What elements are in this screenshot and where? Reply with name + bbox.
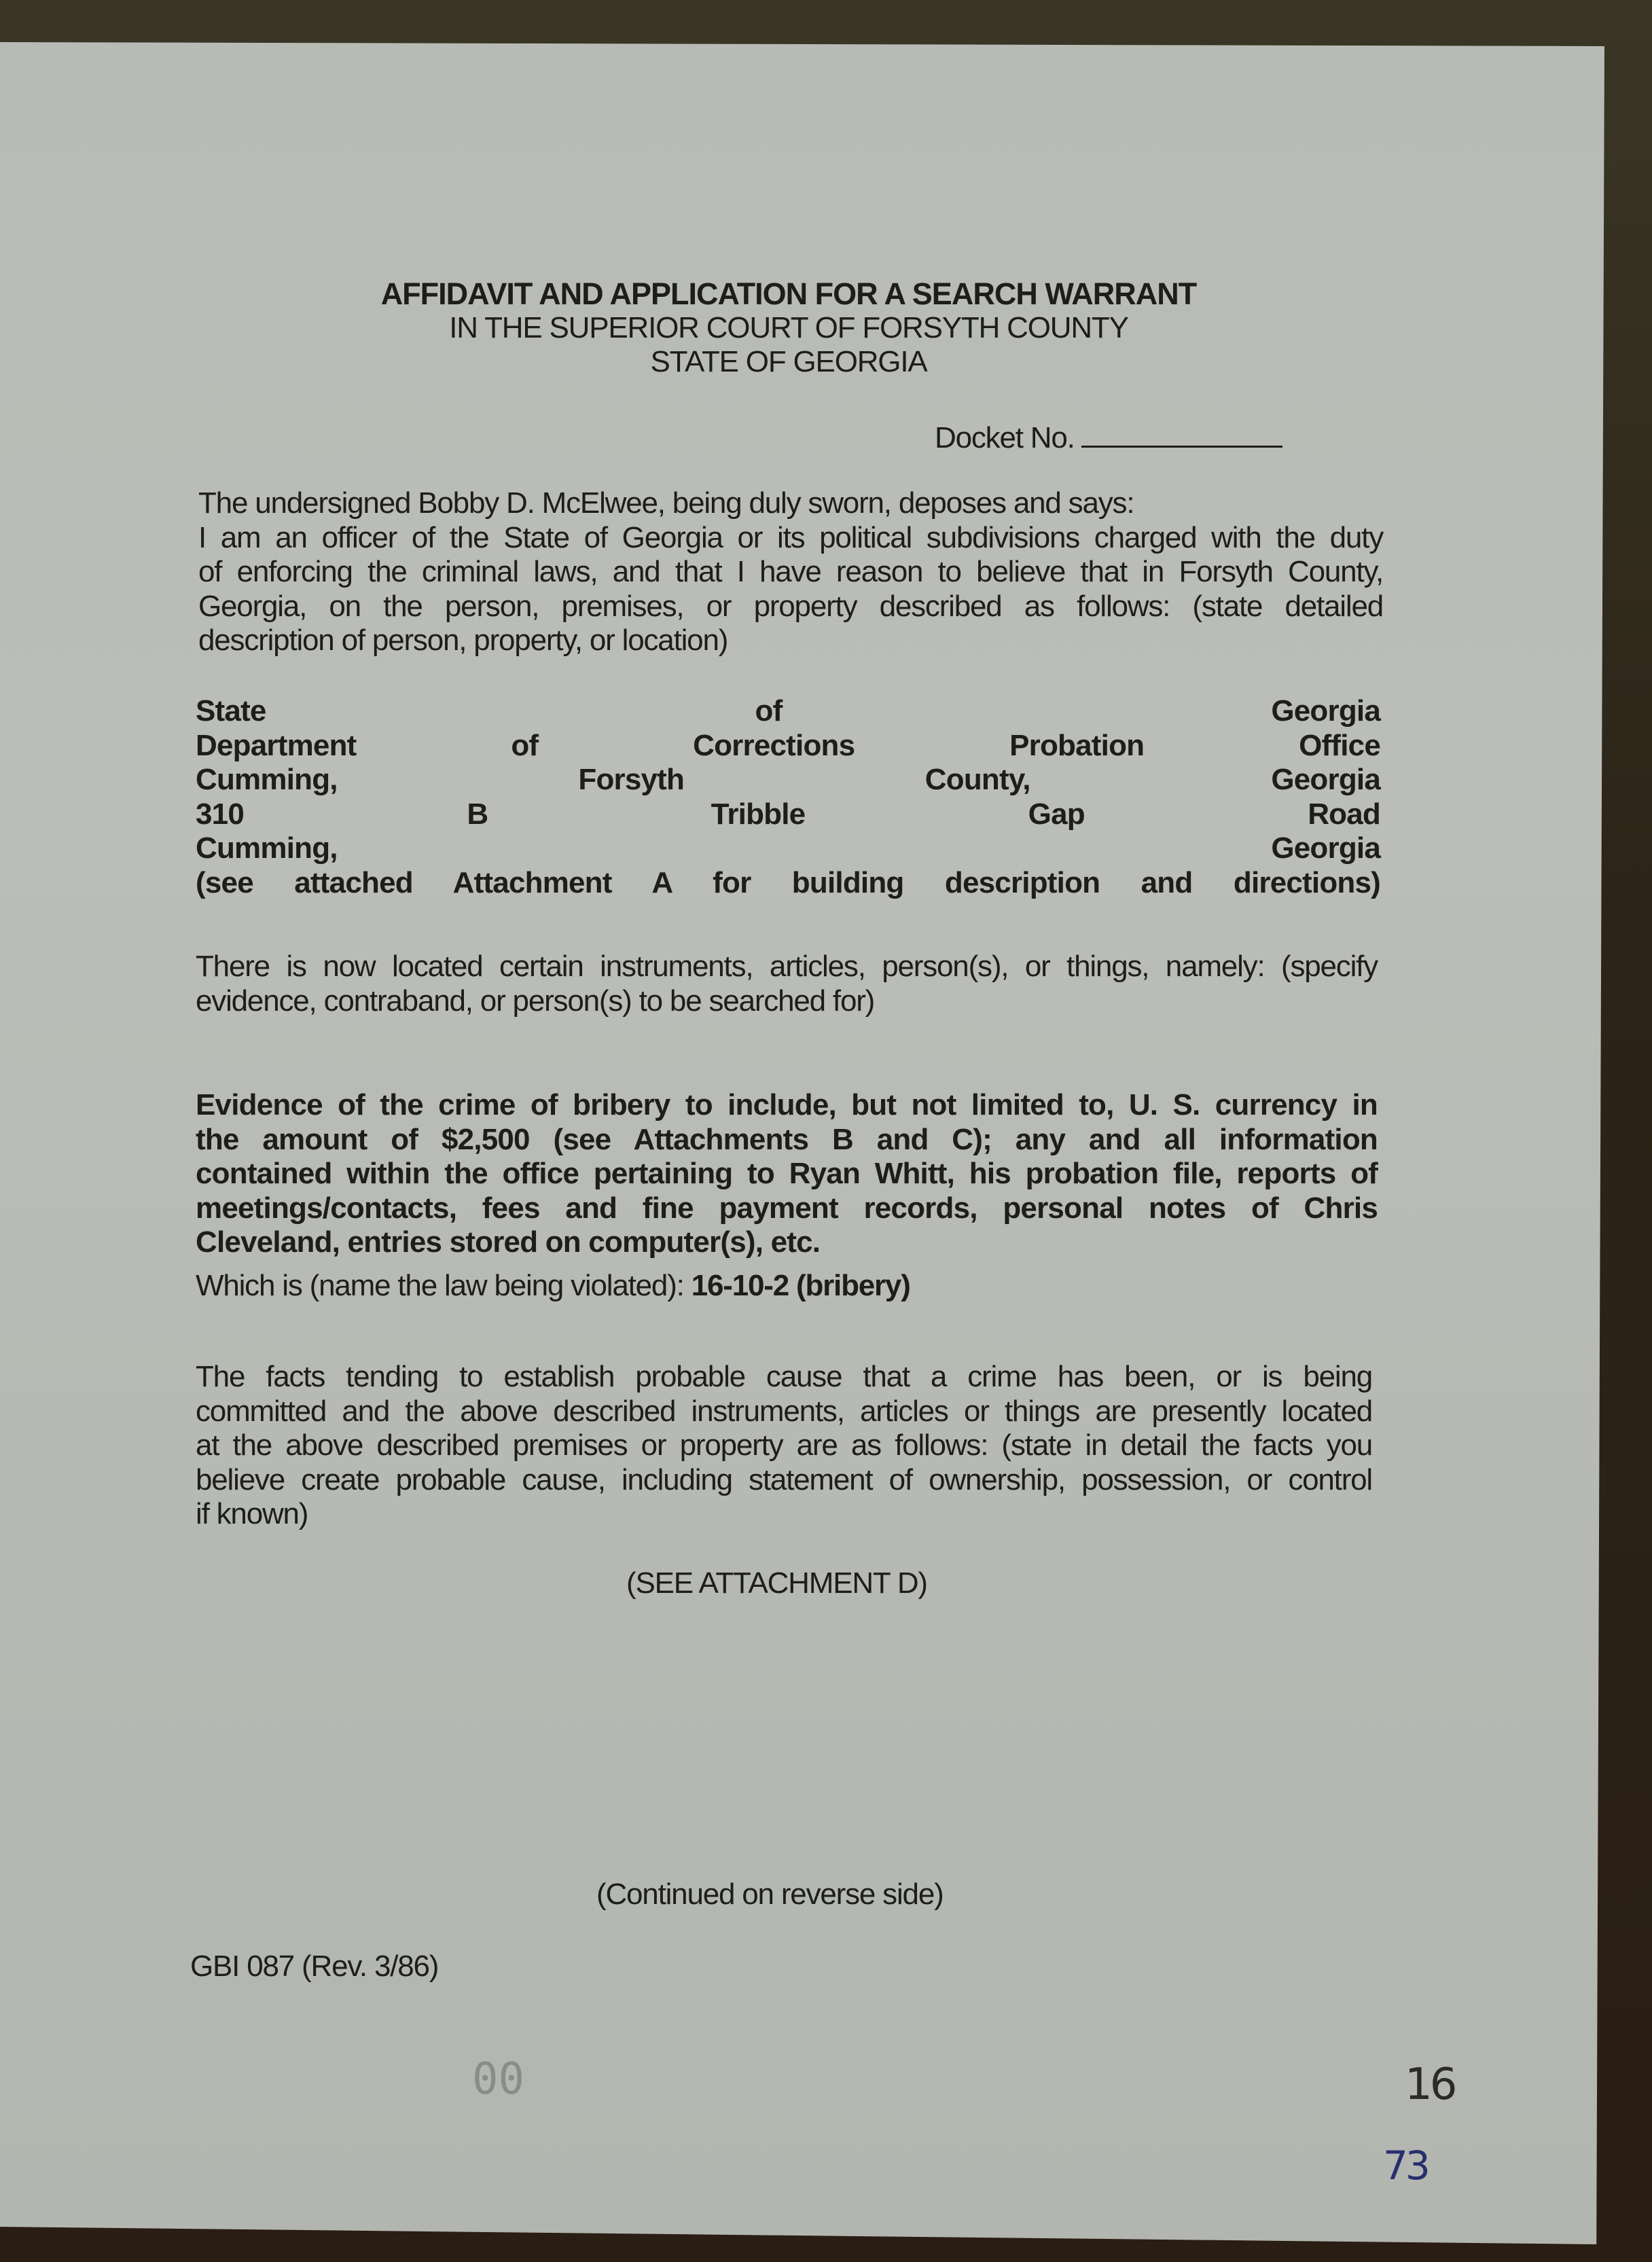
location-line: State of Georgia	[196, 694, 1380, 729]
intro-line: of enforcing the criminal laws, and that…	[198, 555, 1383, 590]
court-name: IN THE SUPERIOR COURT OF FORSYTH COUNTY	[194, 311, 1383, 345]
items-prompt: There is now located certain instruments…	[196, 950, 1378, 1018]
location-description: State of Georgia Department of Correctio…	[196, 694, 1380, 900]
form-number: GBI 087 (Rev. 3/86)	[190, 1950, 438, 1983]
law-value: 16-10-2 (bribery)	[692, 1269, 910, 1302]
docket-field: Docket No.	[935, 420, 1282, 455]
law-label: Which is (name the law being violated):	[196, 1269, 684, 1302]
items-prompt-line: There is now located certain instruments…	[196, 950, 1378, 984]
faint-stamp: 00	[472, 2054, 524, 2104]
see-attachment-note: (SEE ATTACHMENT D)	[626, 1566, 927, 1600]
facts-line: The facts tending to establish probable …	[196, 1360, 1372, 1395]
document-page: AFFIDAVIT AND APPLICATION FOR A SEARCH W…	[0, 42, 1604, 2244]
continued-note: (Continued on reverse side)	[596, 1878, 944, 1911]
handwritten-page-mark: 16	[1405, 2060, 1454, 2110]
items-prompt-line: evidence, contraband, or person(s) to be…	[196, 984, 1378, 1019]
intro-line: I am an officer of the State of Georgia …	[198, 521, 1383, 556]
docket-blank	[1081, 420, 1282, 448]
facts-line: believe create probable cause, including…	[196, 1463, 1372, 1498]
evidence-line: the amount of $2,500 (see Attachments B …	[196, 1123, 1378, 1157]
location-line: (see attached Attachment A for building …	[196, 866, 1380, 901]
law-violated: Which is (name the law being violated): …	[196, 1269, 910, 1303]
evidence-line: Cleveland, entries stored on computer(s)…	[196, 1225, 1378, 1260]
state-name: STATE OF GEORGIA	[194, 345, 1383, 379]
intro-line: description of person, property, or loca…	[198, 624, 1383, 658]
evidence-line: contained within the office pertaining t…	[196, 1157, 1378, 1191]
handwritten-page-number: 73	[1383, 2142, 1428, 2189]
facts-prompt: The facts tending to establish probable …	[196, 1360, 1372, 1532]
facts-line: committed and the above described instru…	[196, 1395, 1372, 1429]
facts-line: at the above described premises or prope…	[196, 1429, 1372, 1463]
location-line: 310 B Tribble Gap Road	[196, 797, 1380, 832]
intro-paragraph: The undersigned Bobby D. McElwee, being …	[198, 486, 1383, 658]
document-title: AFFIDAVIT AND APPLICATION FOR A SEARCH W…	[194, 277, 1383, 311]
evidence-line: Evidence of the crime of bribery to incl…	[196, 1088, 1378, 1123]
facts-line: if known)	[196, 1497, 1372, 1532]
location-line: Department of Corrections Probation Offi…	[196, 729, 1380, 764]
evidence-line: meetings/contacts, fees and fine payment…	[196, 1191, 1378, 1226]
docket-label: Docket No.	[935, 421, 1075, 454]
intro-line: Georgia, on the person, premises, or pro…	[198, 590, 1383, 624]
location-line: Cumming, Georgia	[196, 831, 1380, 866]
location-line: Cumming, Forsyth County, Georgia	[196, 763, 1380, 797]
intro-line: The undersigned Bobby D. McElwee, being …	[198, 486, 1383, 521]
evidence-description: Evidence of the crime of bribery to incl…	[196, 1088, 1378, 1260]
